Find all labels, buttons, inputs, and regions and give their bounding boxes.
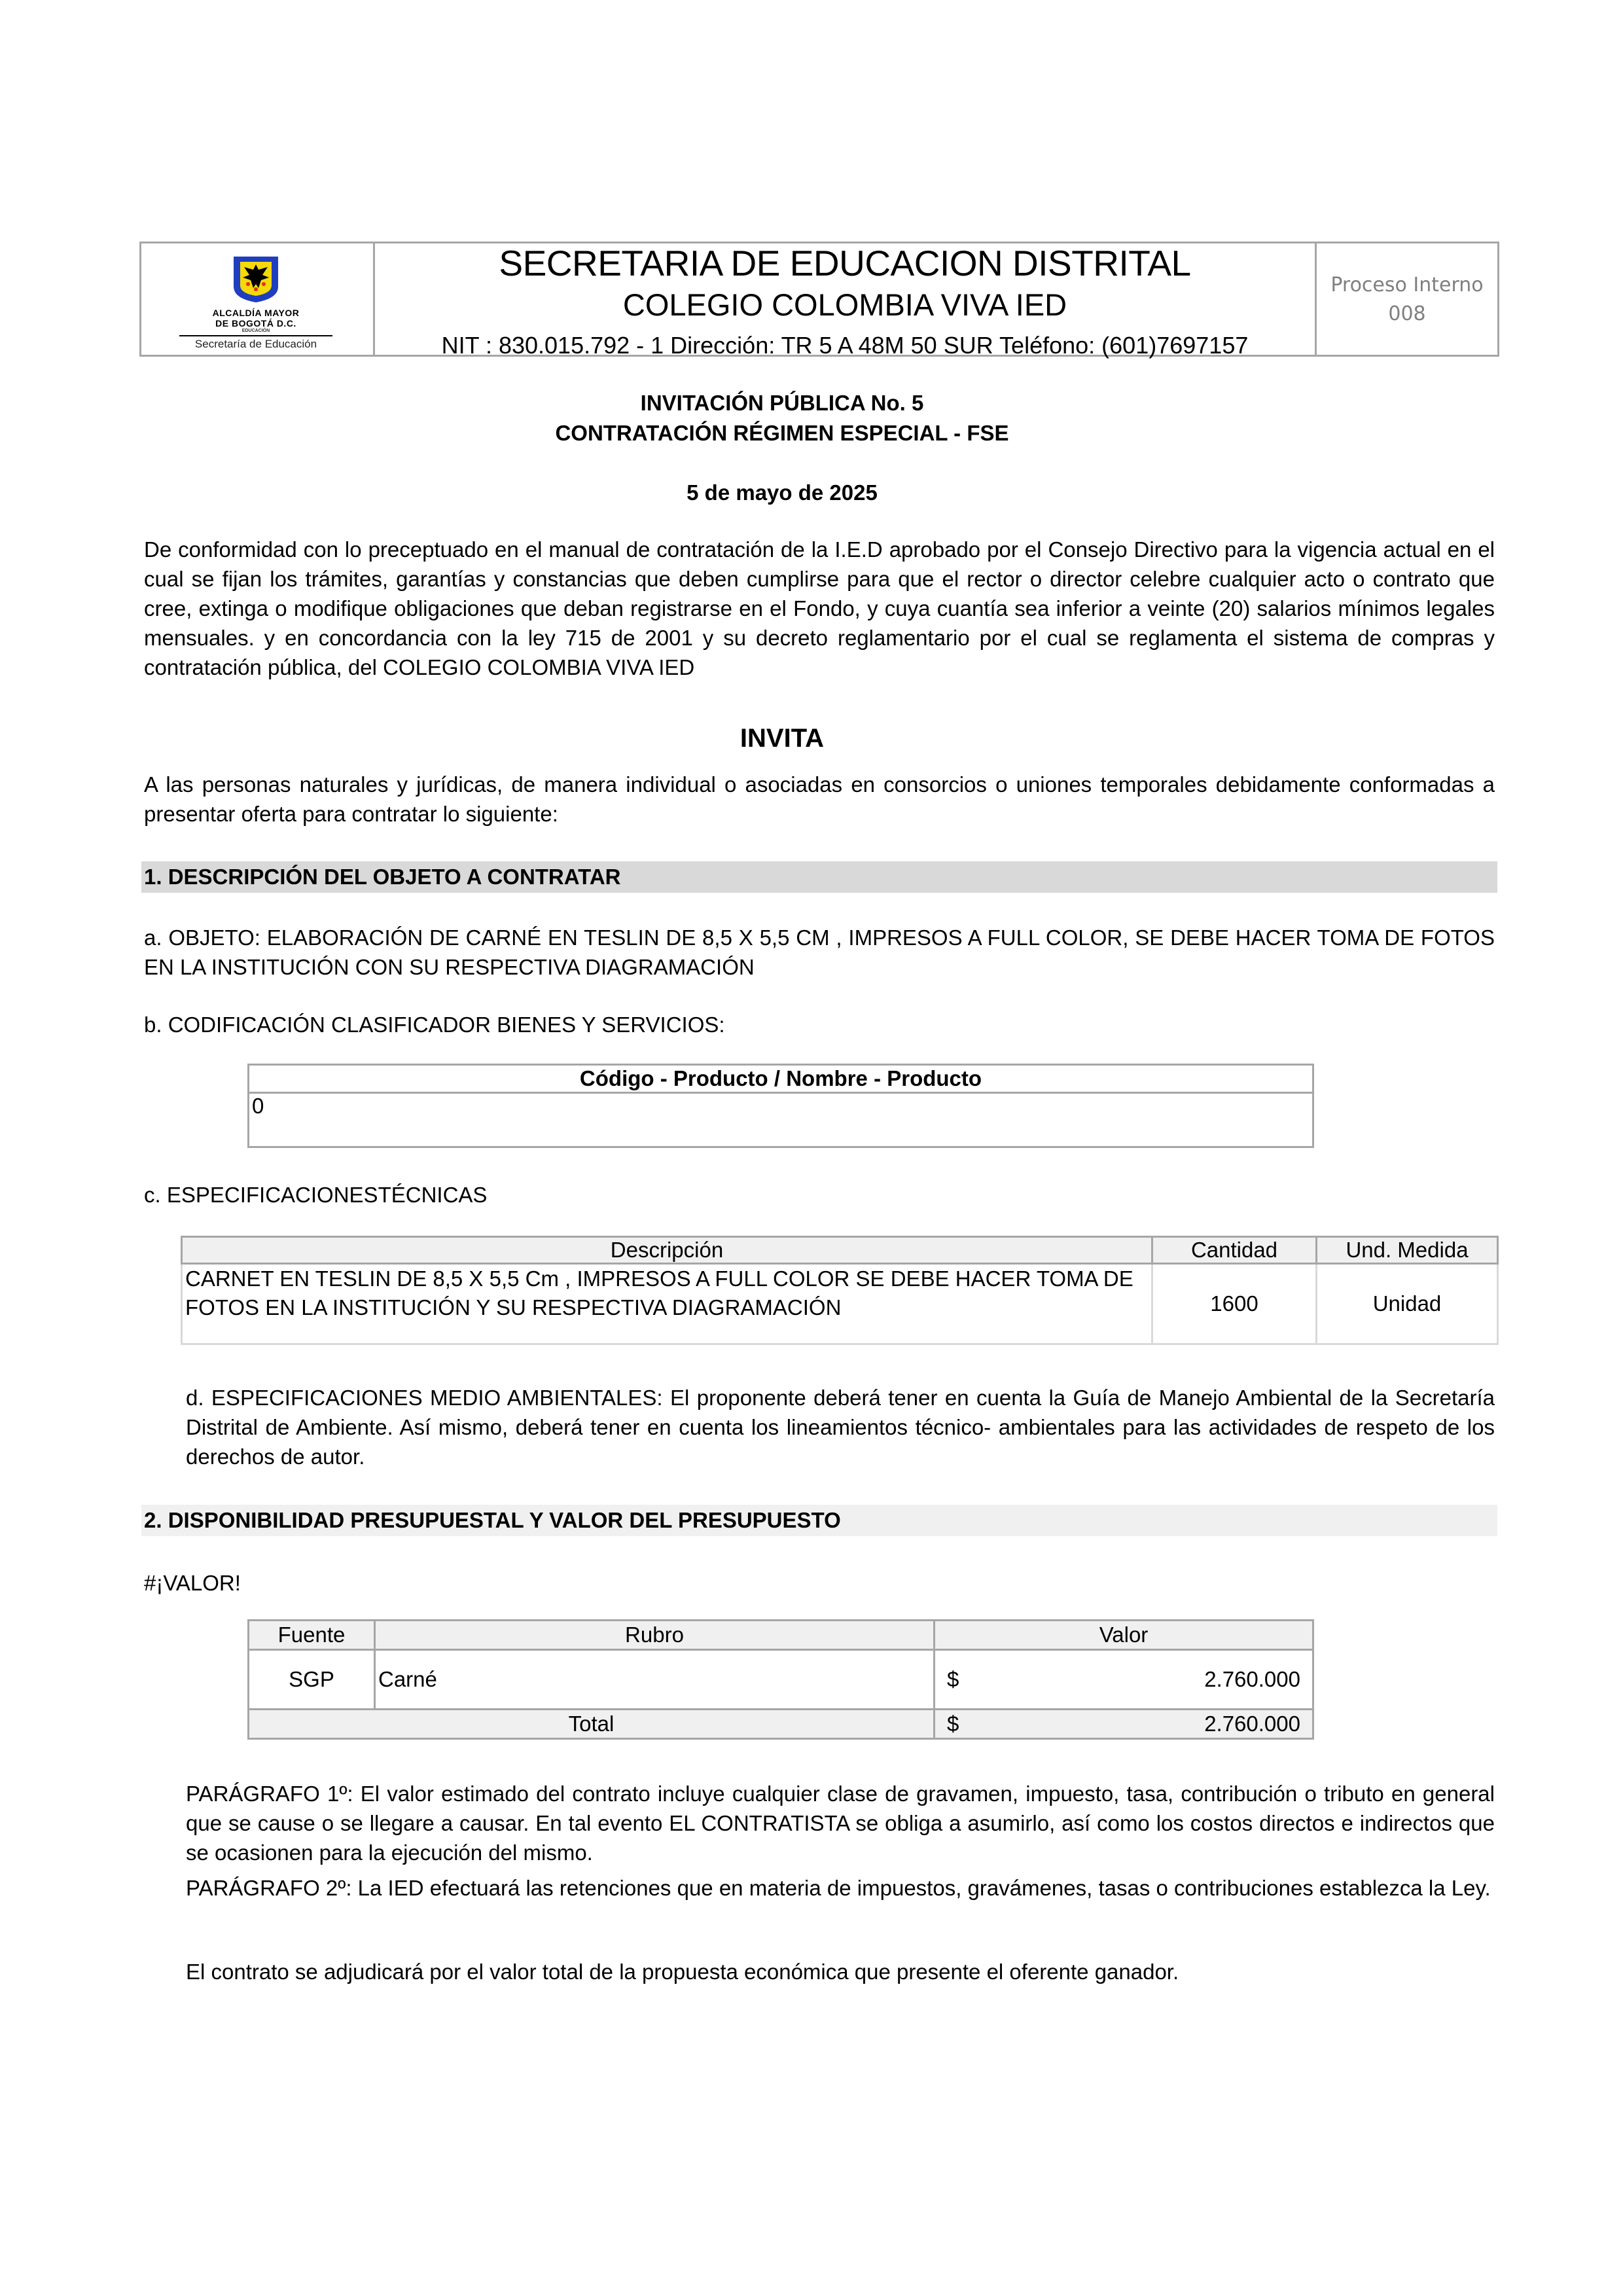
col-rubro: Rubro <box>375 1621 935 1650</box>
paragrafo-1: PARÁGRAFO 1º: El valor estimado del cont… <box>186 1779 1495 1867</box>
invitation-subtitle: CONTRATACIÓN RÉGIMEN ESPECIAL - FSE <box>0 418 1564 448</box>
col-unidad: Und. Medida <box>1317 1237 1498 1264</box>
codificacion-cell: 0 <box>249 1093 1313 1147</box>
col-descripcion: Descripción <box>182 1237 1152 1264</box>
alcaldia-logo: ALCALDÍA MAYOR DE BOGOTÁ D.C. EDUCACIÓN … <box>168 255 344 353</box>
document-header: ALCALDÍA MAYOR DE BOGOTÁ D.C. EDUCACIÓN … <box>139 242 1499 357</box>
logo-divider <box>179 335 332 336</box>
process-label: Proceso Interno <box>1317 271 1497 300</box>
intro-paragraph: De conformidad con lo preceptuado en el … <box>144 535 1495 682</box>
invita-heading: INVITA <box>0 722 1564 755</box>
total-label: Total <box>249 1710 935 1739</box>
logo-line-2: DE BOGOTÁ D.C. <box>168 319 344 328</box>
logo-line-3: EDUCACIÓN <box>168 328 344 334</box>
section-1-heading: 1. DESCRIPCIÓN DEL OBJETO A CONTRATAR <box>141 861 1497 893</box>
objeto-paragraph: a. OBJETO: ELABORACIÓN DE CARNÉ EN TESLI… <box>144 923 1495 982</box>
total-currency: $ <box>935 1710 978 1739</box>
col-fuente: Fuente <box>249 1621 375 1650</box>
logo-line-4: Secretaría de Educación <box>168 338 344 351</box>
paragrafo-2: PARÁGRAFO 2º: La IED efectuará las reten… <box>186 1873 1495 1903</box>
budget-table: Fuente Rubro Valor SGP Carné $ 2.760.000… <box>247 1619 1314 1740</box>
logo-cell: ALCALDÍA MAYOR DE BOGOTÁ D.C. EDUCACIÓN … <box>141 243 375 355</box>
codificacion-label: b. CODIFICACIÓN CLASIFICADOR BIENES Y SE… <box>144 1010 725 1039</box>
process-cell: Proceso Interno 008 <box>1315 243 1497 355</box>
budget-valor: 2.760.000 <box>977 1650 1313 1710</box>
budget-fuente: SGP <box>249 1650 375 1710</box>
invitation-title-block: INVITACIÓN PÚBLICA No. 5 CONTRATACIÓN RÉ… <box>0 388 1564 448</box>
ambientales-paragraph: d. ESPECIFICACIONES MEDIO AMBIENTALES: E… <box>186 1383 1495 1471</box>
adjudicacion-paragraph: El contrato se adjudicará por el valor t… <box>186 1957 1495 1986</box>
header-title: SECRETARIA DE EDUCACION DISTRITAL <box>375 243 1315 283</box>
table-row: CARNET EN TESLIN DE 8,5 X 5,5 Cm , IMPRE… <box>182 1264 1498 1344</box>
codificacion-table: Código - Producto / Nombre - Producto 0 <box>247 1064 1314 1148</box>
especificaciones-label: c. ESPECIFICACIONESTÉCNICAS <box>144 1180 487 1210</box>
school-contact: NIT : 830.015.792 - 1 Dirección: TR 5 A … <box>375 331 1315 360</box>
invita-paragraph: A las personas naturales y jurídicas, de… <box>144 770 1495 829</box>
budget-rubro: Carné <box>375 1650 935 1710</box>
process-number: 008 <box>1317 300 1497 329</box>
bogota-shield-icon <box>232 255 279 304</box>
section-2-heading: 2. DISPONIBILIDAD PRESUPUESTAL Y VALOR D… <box>141 1505 1497 1536</box>
logo-line-1: ALCALDÍA MAYOR <box>168 308 344 317</box>
table-row: SGP Carné $ 2.760.000 <box>249 1650 1313 1710</box>
especificaciones-table: Descripción Cantidad Und. Medida CARNET … <box>181 1236 1499 1345</box>
school-name: COLEGIO COLOMBIA VIVA IED <box>375 285 1315 325</box>
col-valor: Valor <box>935 1621 1313 1650</box>
invitation-title: INVITACIÓN PÚBLICA No. 5 <box>0 388 1564 418</box>
total-row: Total $ 2.760.000 <box>249 1710 1313 1739</box>
invitation-date: 5 de mayo de 2025 <box>0 478 1564 508</box>
spec-unidad: Unidad <box>1317 1264 1498 1344</box>
col-cantidad: Cantidad <box>1152 1237 1317 1264</box>
budget-currency: $ <box>935 1650 978 1710</box>
header-title-cell: SECRETARIA DE EDUCACION DISTRITAL COLEGI… <box>375 243 1315 355</box>
codificacion-header: Código - Producto / Nombre - Producto <box>249 1065 1313 1093</box>
total-valor: 2.760.000 <box>977 1710 1313 1739</box>
valor-error-text: #¡VALOR! <box>144 1568 241 1598</box>
spec-descripcion: CARNET EN TESLIN DE 8,5 X 5,5 Cm , IMPRE… <box>182 1264 1152 1344</box>
spec-cantidad: 1600 <box>1152 1264 1317 1344</box>
